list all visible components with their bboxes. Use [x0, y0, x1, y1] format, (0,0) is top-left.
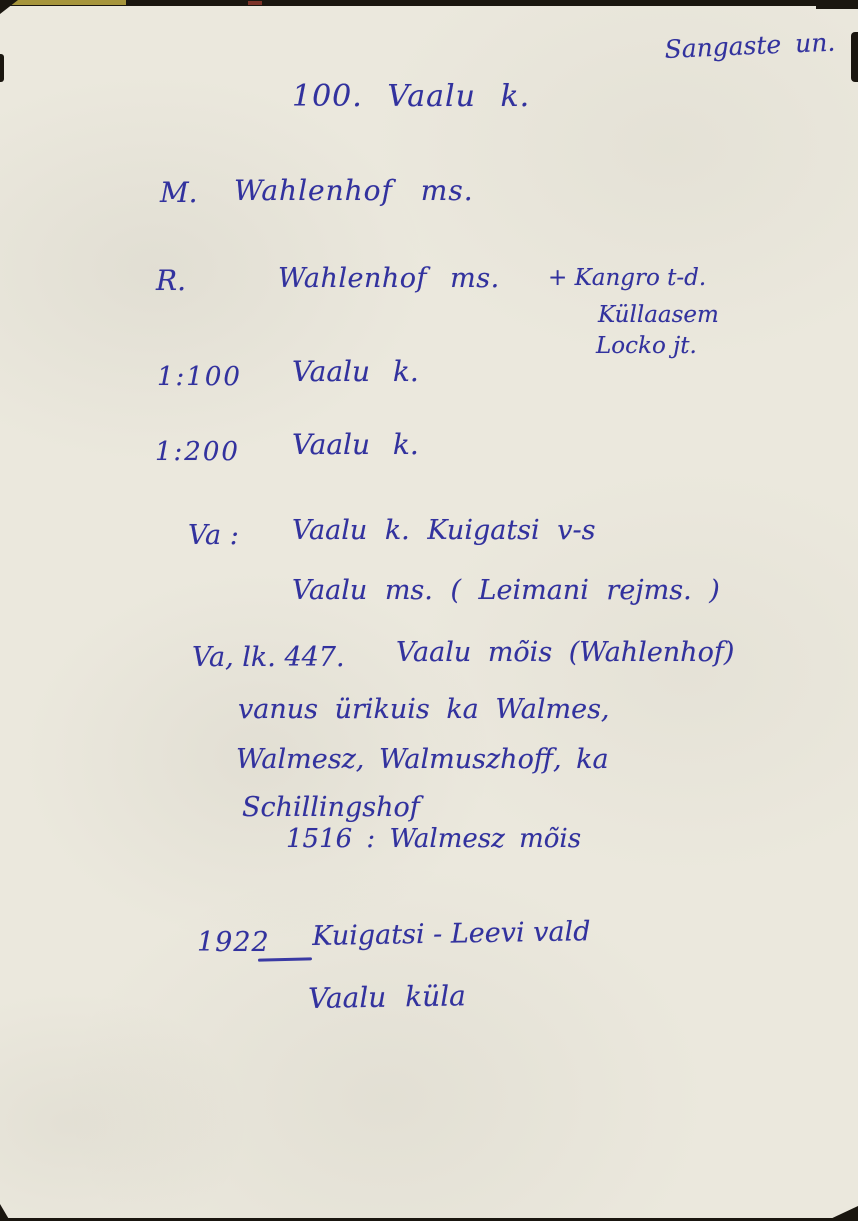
scan-edge-top-speck: [248, 1, 262, 5]
entry-m-label: M.: [160, 178, 198, 209]
entry-m-text: Wahlenhof ms.: [234, 176, 474, 207]
entry-va447-line-3: Walmesz, Walmuszhoff, ka: [236, 745, 609, 775]
entry-va447-label: Va, lk. 447.: [192, 643, 345, 673]
entry-1922-label: 1922: [197, 928, 270, 958]
entry-title: 100. Vaalu k.: [292, 80, 530, 113]
entry-1922-line-1: Kuigatsi - Leevi vald: [312, 917, 591, 952]
entry-va-line-2: Vaalu ms. ( Leimani rejms. ): [292, 576, 720, 606]
entry-va447-line-4: Schillingshof: [242, 793, 420, 823]
entry-1200-label: 1:200: [155, 438, 240, 467]
scanned-note-page: Sangaste un. 100. Vaalu k. M. Wahlenhof …: [0, 0, 858, 1221]
entry-1200-text: Vaalu k.: [292, 430, 419, 461]
entry-1100-text: Vaalu k.: [292, 357, 419, 388]
scan-edge-top: [0, 0, 858, 6]
entry-r-addition-1: + Kangro t-d.: [548, 266, 706, 291]
entry-va447-line-1: Vaalu mõis (Wahlenhof): [396, 638, 734, 668]
entry-r-text: Wahlenhof ms.: [278, 264, 500, 294]
entry-r-addition-2: Küllaasem: [598, 303, 719, 328]
entry-1922-line-2: Vaalu küla: [308, 981, 466, 1015]
entry-1922-underline-stroke: [258, 957, 312, 961]
scan-edge-top-olive: [6, 0, 126, 5]
scan-edge-left-sliver: [0, 54, 4, 82]
entry-va447-line-5: 1516 : Walmesz mõis: [286, 825, 581, 854]
corner-note-parish: Sangaste un.: [664, 29, 836, 64]
scan-corner-top-right: [816, 0, 858, 9]
scan-edge-right-sliver: [851, 32, 858, 82]
entry-1100-label: 1:100: [157, 363, 242, 392]
entry-va-label: Va :: [188, 521, 239, 551]
entry-r-addition-3: Locko jt.: [596, 334, 697, 359]
entry-r-label: R.: [156, 266, 186, 297]
entry-va447-line-2: vanus ürikuis ka Walmes,: [238, 695, 610, 725]
entry-va-line-1: Vaalu k. Kuigatsi v-s: [292, 516, 596, 546]
